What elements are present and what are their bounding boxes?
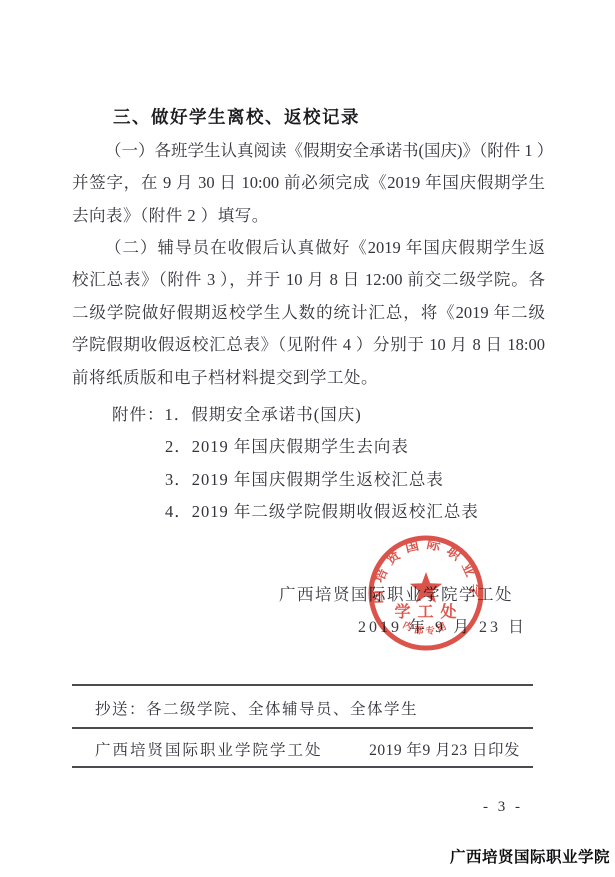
paragraph-2-line: 二级学院做好假期返校学生人数的统计汇总，将《2019 年二级 [72,297,545,329]
footer-divider-top [72,684,533,686]
section-heading: 三、做好学生离校、返校记录 [113,104,360,129]
paragraph-1-line: （一）各班学生认真阅读《假期安全承诺书(国庆)》（附件 1 ） [72,135,545,167]
attachment-item: 2．2019 年国庆假期学生去向表 [112,431,479,463]
paragraph-1-line: 并签字，在 9 月 30 日 10:00 前必须完成《2019 年国庆假期学生 [72,167,545,199]
paragraph-2-line: 校汇总表》（附件 3 ），并于 10 月 8 日 12:00 前交二级学院。各 [72,264,545,296]
attachments-label: 附件： [112,405,165,424]
footer-divider-middle [72,727,533,729]
official-seal-stamp-icon: 广西培贤国际职业学院 学工处 内部专用 [366,533,486,653]
stamp-bottom-text: 内部专用 [401,619,451,638]
issuer-row: 广西培贤国际职业学院学工处 2019 年9 月23 日印发 [95,736,520,766]
attachment-item: 3．2019 年国庆假期学生返校汇总表 [112,464,479,496]
paragraph-1-line: 去向表》（附件 2 ）填写。 [72,200,545,232]
document-page: 三、做好学生离校、返校记录 （一）各班学生认真阅读《假期安全承诺书(国庆)》（附… [0,0,615,877]
attachment-item-text: 4．2019 年二级学院假期收假返校汇总表 [112,496,479,528]
paragraph-2-line: （二）辅导员在收假后认真做好《2019 年国庆假期学生返 [72,232,545,264]
page-number: - 3 - [483,799,523,816]
stamp-center-text: 学工处 [394,602,463,621]
attachment-item-text: 1．假期安全承诺书(国庆) [165,405,362,424]
attachment-item: 4．2019 年二级学院假期收假返校汇总表 [112,496,479,528]
issuer-name: 广西培贤国际职业学院学工处 [95,736,323,766]
cc-line: 抄送：各二级学院、全体辅导员、全体学生 [95,694,418,726]
corner-watermark: 广西培贤国际职业学院 [450,845,610,867]
attachments-list: 附件：1．假期安全承诺书(国庆) 2．2019 年国庆假期学生去向表 3．201… [112,399,479,529]
footer-divider-bottom [72,766,533,768]
attachment-item-text: 2．2019 年国庆假期学生去向表 [112,431,409,463]
print-date: 2019 年9 月23 日印发 [369,736,520,766]
attachment-item-text: 3．2019 年国庆假期学生返校汇总表 [112,464,444,496]
stamp-star-icon [410,572,442,603]
paragraph-1: （一）各班学生认真阅读《假期安全承诺书(国庆)》（附件 1 ） 并签字，在 9 … [72,135,545,232]
paragraph-2: （二）辅导员在收假后认真做好《2019 年国庆假期学生返 校汇总表》（附件 3 … [72,232,545,394]
paragraph-2-line: 前将纸质版和电子档材料提交到学工处。 [72,362,545,394]
paragraph-2-line: 学院假期收假返校汇总表》（见附件 4 ）分别于 10 月 8 日 18:00 [72,329,545,361]
attachment-item: 附件：1．假期安全承诺书(国庆) [112,399,479,431]
